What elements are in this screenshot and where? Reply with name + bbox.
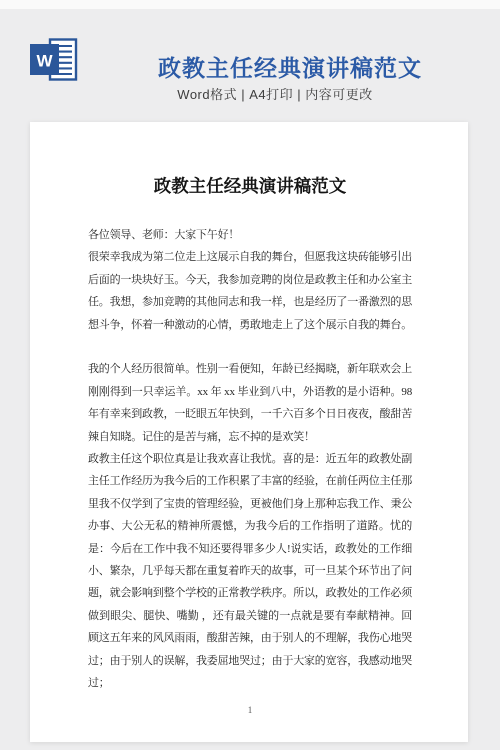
paragraph-1: 很荣幸我成为第二位走上这展示自我的舞台，但愿我这块砖能够引出后面的一块块好玉。今… [88, 246, 412, 336]
page-number: 1 [88, 705, 412, 715]
word-icon: W [29, 38, 79, 82]
header-doc-meta: Word格式 | A4打印 | 内容可更改 [50, 84, 500, 103]
document-page: 政教主任经典演讲稿范文 各位领导、老师：大家下午好！ 很荣幸我成为第二位走上这展… [30, 122, 468, 742]
top-strip [0, 0, 500, 9]
preview-header: W 政教主任经典演讲稿范文 Word格式 | A4打印 | 内容可更改 [0, 9, 500, 122]
document-body: 各位领导、老师：大家下午好！ 很荣幸我成为第二位走上这展示自我的舞台，但愿我这块… [88, 224, 412, 695]
word-icon-letter: W [36, 52, 53, 71]
paragraph-3: 政教主任这个职位真是让我欢喜让我忧。喜的是：近五年的政教处副主任工作经历为我今后… [88, 448, 412, 694]
paragraph-2: 我的个人经历很简单。性别一看便知，年龄已经揭晓，新年联欢会上刚刚得到一只幸运羊。… [88, 358, 412, 448]
header-doc-title: 政教主任经典演讲稿范文 [80, 50, 500, 83]
document-title: 政教主任经典演讲稿范文 [88, 174, 412, 198]
paragraph-greeting: 各位领导、老师：大家下午好！ [88, 224, 412, 246]
